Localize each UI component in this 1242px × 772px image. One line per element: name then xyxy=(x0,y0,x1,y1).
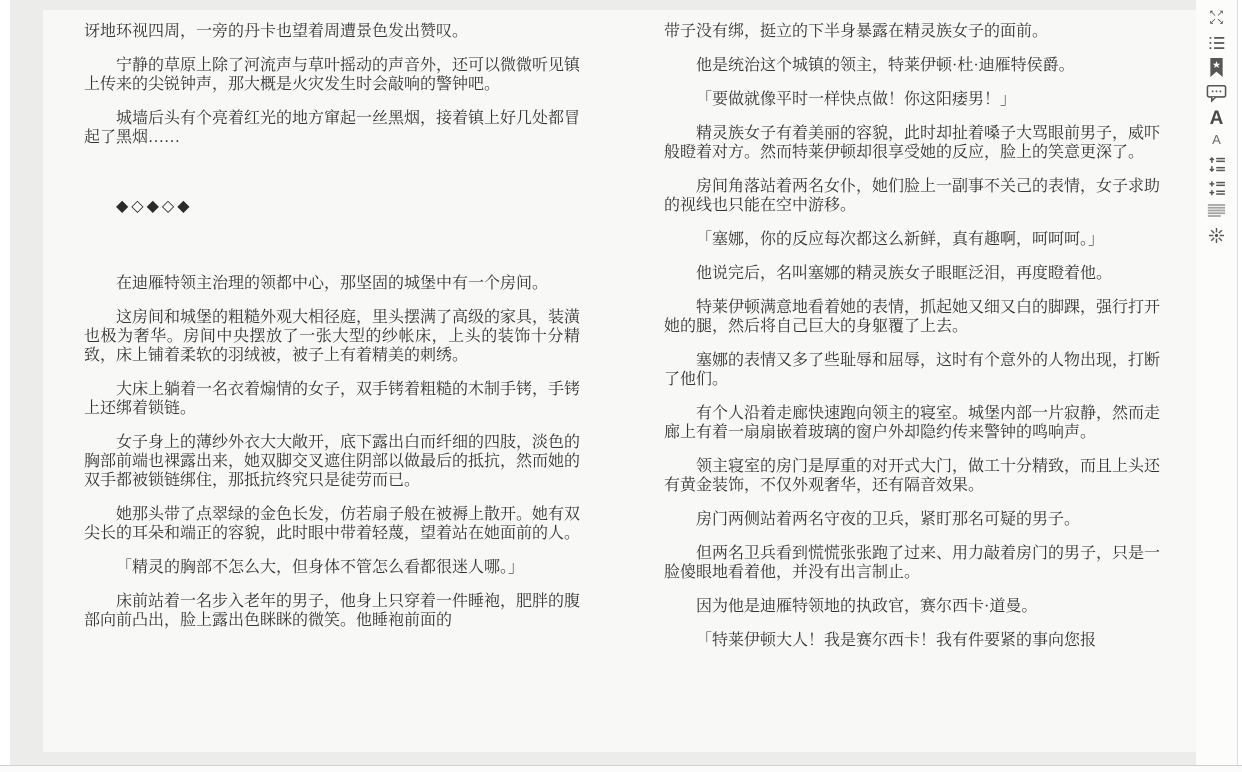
fullscreen-button[interactable]: ↖↗↙↘ xyxy=(1202,5,1232,31)
paragraph: 在迪雁特领主治理的领都中心，那坚固的城堡中有一个房间。 xyxy=(84,274,580,293)
paragraph: 他说完后，名叫塞娜的精灵族女子眼眶泛泪，再度瞪着他。 xyxy=(664,264,1160,283)
paragraph: 房间角落站着两名女仆，她们脸上一副事不关己的表情，女子求助的视线也只能在空中游移… xyxy=(664,177,1160,215)
font-increase-icon: A xyxy=(1210,109,1224,128)
font-decrease-button[interactable]: A xyxy=(1202,131,1232,149)
paragraph: 因为他是迪雁特领地的执政官，赛尔西卡·道曼。 xyxy=(664,597,1160,616)
comment-bubble-icon xyxy=(1206,84,1227,103)
paragraph-spacing-button[interactable] xyxy=(1202,177,1232,199)
paragraph: 床前站着一名步入老年的男子，他身上只穿着一件睡袍，肥胖的腹部向前凸出，脸上露出色… xyxy=(84,592,580,630)
paragraph: 女子身上的薄纱外衣大大敞开，底下露出白而纤细的四肢，淡色的胸部前端也裸露出来，她… xyxy=(84,433,580,490)
font-increase-button[interactable]: A xyxy=(1202,107,1232,130)
reader-toolbar: ↖↗↙↘ xyxy=(1196,0,1238,765)
paragraph: 塞娜的表情又多了些耻辱和屈辱，这时有个意外的人物出现，打断了他们。 xyxy=(664,351,1160,389)
right-page-column: 带子没有绑，挺立的下半身暴露在精灵族女子的面前。他是统治这个城镇的领主，特莱伊顿… xyxy=(664,22,1160,752)
paragraph: 领主寝室的房门是厚重的对开式大门，做工十分精致，而且上头还有黄金装饰，不仅外观奢… xyxy=(664,457,1160,495)
paragraph: 特莱伊顿满意地看着她的表情，抓起她又细又白的脚踝，强行打开她的腿，然后将自己巨大… xyxy=(664,298,1160,336)
brightness-button[interactable] xyxy=(1202,224,1232,246)
text-block-icon xyxy=(1207,203,1226,219)
paragraph-spacing-icon xyxy=(1207,179,1227,198)
paragraph: 她那头带了点翠绿的金色长发，仿若扇子般在被褥上散开。她有双尖长的耳朵和端正的容貌… xyxy=(84,505,580,543)
table-of-contents-button[interactable] xyxy=(1202,32,1232,54)
paragraph: 但两名卫兵看到慌慌张张跑了过来、用力敲着房门的男子，只是一脸傻眼地看着他，并没有… xyxy=(664,544,1160,582)
paragraph: 讶地环视四周，一旁的丹卡也望着周遭景色发出赞叹。 xyxy=(84,22,580,41)
paragraph: 房门两侧站着两名守夜的卫兵，紧盯那名可疑的男子。 xyxy=(664,510,1160,529)
paper-page: 讶地环视四周，一旁的丹卡也望着周遭景色发出赞叹。宁静的草原上除了河流声与草叶摇动… xyxy=(43,10,1196,752)
bookmark-button[interactable] xyxy=(1202,55,1232,80)
paragraph: 「精灵的胸部不怎么大，但身体不管怎么看都很迷人哪。」 xyxy=(84,558,580,577)
fullscreen-icon: ↖↗↙↘ xyxy=(1209,10,1224,26)
bookmark-star-icon xyxy=(1208,57,1225,78)
left-page-column: 讶地环视四周，一旁的丹卡也望着周遭景色发出赞叹。宁静的草原上除了河流声与草叶摇动… xyxy=(84,22,580,752)
paragraph: 他是统治这个城镇的领主，特莱伊顿·杜·迪雁特侯爵。 xyxy=(664,56,1160,75)
reader-bottom-edge xyxy=(0,765,1242,772)
paragraph: 「塞娜，你的反应每次都这么新鲜，真有趣啊，呵呵呵。」 xyxy=(664,230,1160,249)
comments-button[interactable] xyxy=(1202,81,1232,106)
paragraph: 宁静的草原上除了河流声与草叶摇动的声音外，还可以微微听见镇上传来的尖锐钟声，那大… xyxy=(84,56,580,94)
paragraph: 有个人沿着走廊快速跑向领主的寝室。城堡内部一片寂静，然而走廊上有着一扇扇嵌着玻璃… xyxy=(664,404,1160,442)
paragraph: 「要做就像平时一样快点做！你这阳痿男！」 xyxy=(664,90,1160,109)
paragraph: 这房间和城堡的粗糙外观大相径庭，里头摆满了高级的家具，装潢也极为奢华。房间中央摆… xyxy=(84,308,580,365)
paragraph: 带子没有绑，挺立的下半身暴露在精灵族女子的面前。 xyxy=(664,22,1160,41)
line-spacing-button[interactable] xyxy=(1202,153,1232,176)
font-decrease-icon: A xyxy=(1212,133,1221,147)
paragraph: 精灵族女子有着美丽的容貌，此时却扯着嗓子大骂眼前男子，威吓般瞪着对方。然而特莱伊… xyxy=(664,124,1160,162)
paragraph: 「特莱伊顿大人！我是赛尔西卡！我有件要紧的事向您报 xyxy=(664,631,1160,650)
reading-block-button[interactable] xyxy=(1202,200,1232,221)
line-spacing-icon xyxy=(1207,155,1227,174)
brightness-icon xyxy=(1207,226,1226,245)
paragraph: 大床上躺着一名衣着煽情的女子，双手铐着粗糙的木制手铐，手铐上还绑着锁链。 xyxy=(84,380,580,418)
paragraph: 城墙后头有个亮着红光的地方窜起一丝黑烟，接着镇上好几处都冒起了黑烟…… xyxy=(84,109,580,147)
paragraph: ◆◇◆◇◆ xyxy=(84,197,580,216)
list-icon xyxy=(1208,35,1226,51)
